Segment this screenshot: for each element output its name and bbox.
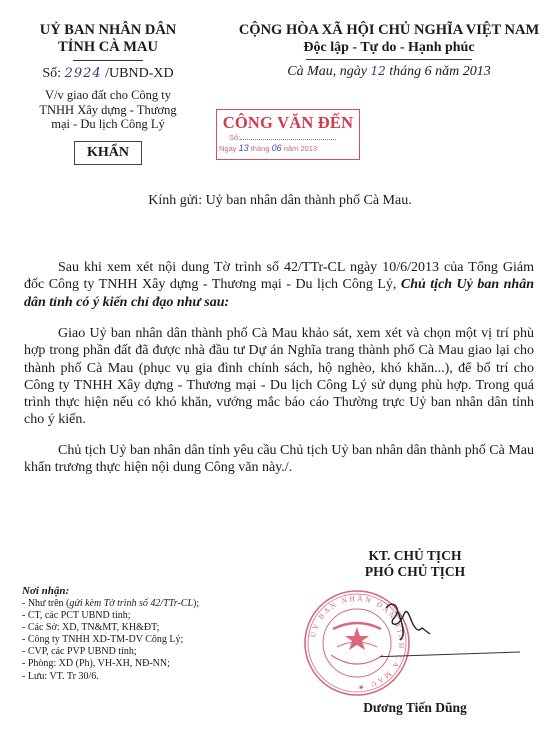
national-motto: Độc lập - Tự do - Hạnh phúc [222,39,556,56]
subject-line: V/v giao đất cho Công ty TNHH Xây dựng -… [18,88,198,132]
signer-name: Dương Tiến Dũng [330,700,500,716]
stamp-date-row: Ngày 13 tháng 06 năm 2013 [217,143,359,154]
authority-name-line2: TỈNH CÀ MAU [18,39,198,56]
issuing-authority-block: UỶ BAN NHÂN DÂN TỈNH CÀ MAU Số: 2924 /UB… [18,22,198,165]
stamp-number-label: Số: [229,133,240,142]
paragraph-2: Giao Uỷ ban nhân dân thành phố Cà Mau kh… [24,325,534,429]
recipient-note: gửi kèm Tờ trình số 42/TTr-CL [69,598,193,609]
incoming-document-stamp: CÔNG VĂN ĐẾN Số: Ngày 13 tháng 06 năm 20… [216,109,360,160]
stamp-day: 13 [239,143,249,153]
stamp-month-label: tháng [251,144,270,153]
stamp-year: năm 2013 [284,144,317,153]
recipient-item: - CT, các PCT UBND tỉnh; [22,610,282,622]
recipient-item: - Như trên (gửi kèm Tờ trình số 42/TTr-C… [22,598,282,610]
recipient-item: - Công ty TNHH XD-TM-DV Công Lý; [22,634,282,646]
subject-line-2: TNHH Xây dựng - Thương [18,103,198,118]
authority-name-line1: UỶ BAN NHÂN DÂN [18,22,198,39]
header-right-divider [306,59,472,60]
handwritten-day: 12 [370,64,385,78]
subject-line-3: mại - Du lịch Công Lý [18,117,198,132]
signature-title-2: PHÓ CHỦ TỊCH [330,564,500,580]
date-prefix: Cà Mau, ngày [287,64,367,79]
recipient-item: - Lưu: VT. Tr 30/6. [22,671,282,683]
stamp-dotted-line [240,139,336,140]
recipient-item: - Phòng: XD (Ph), VH-XH, NĐ-NN; [22,658,282,670]
document-date: Cà Mau, ngày 12 tháng 6 năm 2013 [222,64,556,80]
handwritten-signature-icon [380,600,525,670]
recipients-label: Nơi nhận: [22,585,282,598]
paragraph-3: Chủ tịch Uỷ ban nhân dân tỉnh yêu cầu Ch… [24,442,534,477]
nation-name: CỘNG HÒA XÃ HỘI CHỦ NGHĨA VIỆT NAM [222,22,556,39]
handwritten-number: 2924 [65,66,102,81]
urgent-badge: KHẨN [74,141,142,165]
document-number: Số: 2924 /UBND-XD [18,66,198,82]
subject-line-1: V/v giao đất cho Công ty [18,88,198,103]
date-suffix: tháng 6 năm 2013 [389,64,491,79]
header-left-divider [73,60,143,61]
recipient-item: - Các Sở: XD, TN&MT, KH&ĐT; [22,622,282,634]
stamp-title: CÔNG VĂN ĐẾN [217,113,359,133]
paragraph-1: Sau khi xem xét nội dung Tờ trình số 42/… [24,259,534,311]
stamp-number-row: Số: [217,133,359,143]
number-suffix: /UBND-XD [105,66,173,81]
national-header-block: CỘNG HÒA XÃ HỘI CHỦ NGHĨA VIỆT NAM Độc l… [222,22,556,80]
addressee: Kính gửi: Uỷ ban nhân dân thành phố Cà M… [0,193,560,209]
paragraph-2-text: Giao Uỷ ban nhân dân thành phố Cà Mau kh… [24,326,534,427]
recipient-tail: ); [193,598,199,609]
number-label: Số: [42,66,61,81]
signature-block: KT. CHỦ TỊCH PHÓ CHỦ TỊCH [330,548,500,580]
recipient-text: - Như trên ( [22,598,69,609]
paragraph-3-text: Chủ tịch Uỷ ban nhân dân tỉnh yêu cầu Ch… [24,443,534,475]
recipient-item: - CVP, các PVP UBND tỉnh; [22,646,282,658]
stamp-month: 06 [272,143,282,153]
signature-title-1: KT. CHỦ TỊCH [330,548,500,564]
recipients-list: Nơi nhận: - Như trên (gửi kèm Tờ trình s… [22,585,282,683]
stamp-day-label: Ngày [219,144,237,153]
